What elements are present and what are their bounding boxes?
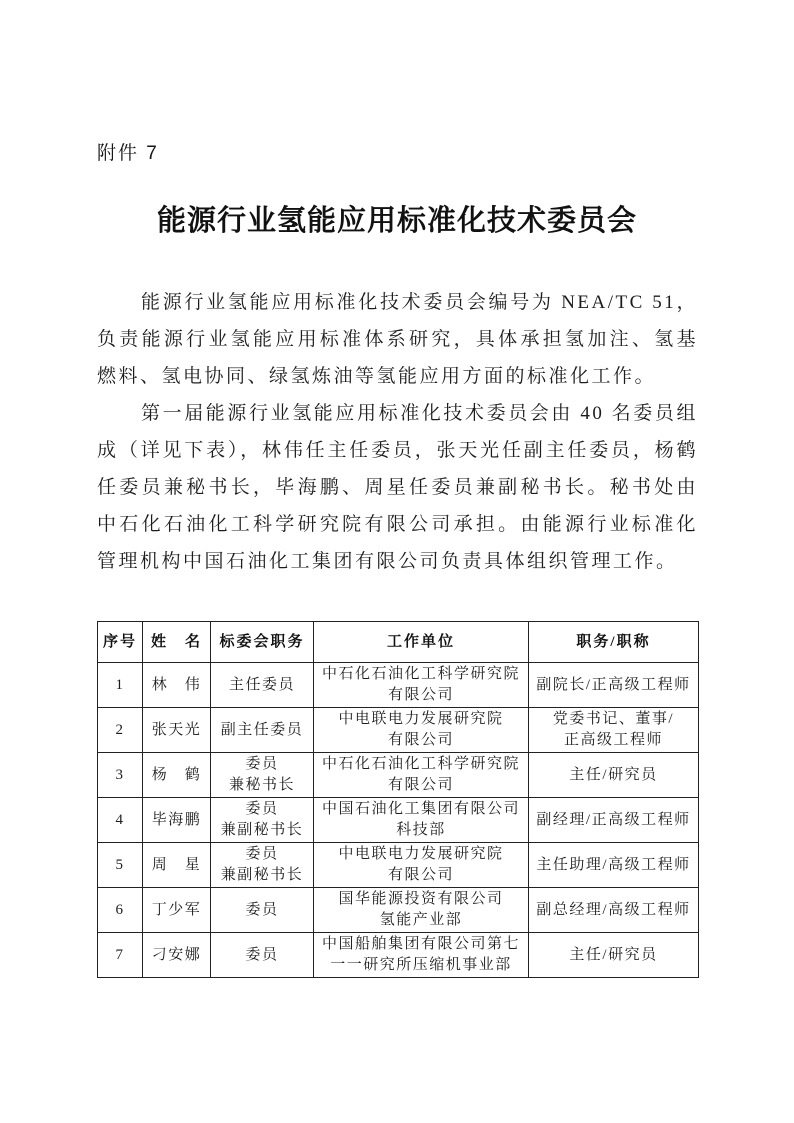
cell-name: 林 伟 xyxy=(143,663,211,708)
cell-index: 4 xyxy=(98,798,143,843)
cell-title: 副经理/正高级工程师 xyxy=(529,798,699,843)
table-row: 1 林 伟 主任委员 中石化石油化工科学研究院 有限公司 副院长/正高级工程师 xyxy=(98,663,699,708)
cell-title: 党委书记、董事/ 正高级工程师 xyxy=(529,708,699,753)
document-title: 能源行业氢能应用标准化技术委员会 xyxy=(0,198,794,239)
body-text: 能源行业氢能应用标准化技术委员会编号为 NEA/TC 51，负责能源行业氢能应用… xyxy=(97,284,698,580)
cell-org: 中石化石油化工科学研究院 有限公司 xyxy=(314,663,529,708)
table-row: 7 刁安娜 委员 中国船舶集团有限公司第七 一一研究所压缩机事业部 主任/研究员 xyxy=(98,933,699,978)
document-page: 附件 7 能源行业氢能应用标准化技术委员会 能源行业氢能应用标准化技术委员会编号… xyxy=(0,0,794,1123)
cell-role: 副主任委员 xyxy=(211,708,314,753)
cell-index: 2 xyxy=(98,708,143,753)
cell-org: 中石化石油化工科学研究院 有限公司 xyxy=(314,753,529,798)
cell-name: 杨 鹤 xyxy=(143,753,211,798)
committee-paragraph: 第一届能源行业氢能应用标准化技术委员会由 40 名委员组成（详见下表），林伟任主… xyxy=(97,395,698,580)
cell-title: 主任助理/高级工程师 xyxy=(529,843,699,888)
cell-title: 副总经理/高级工程师 xyxy=(529,888,699,933)
table-header-row: 序号 姓 名 标委会职务 工作单位 职务/职称 xyxy=(98,622,699,663)
members-table: 序号 姓 名 标委会职务 工作单位 职务/职称 1 林 伟 主任委员 中石化石油… xyxy=(97,621,699,978)
cell-title: 主任/研究员 xyxy=(529,753,699,798)
header-cell-name: 姓 名 xyxy=(143,622,211,663)
cell-org: 中国石油化工集团有限公司 科技部 xyxy=(314,798,529,843)
table-row: 6 丁少军 委员 国华能源投资有限公司 氢能产业部 副总经理/高级工程师 xyxy=(98,888,699,933)
cell-role: 委员 xyxy=(211,888,314,933)
cell-role: 委员 兼秘书长 xyxy=(211,753,314,798)
cell-org: 中电联电力发展研究院 有限公司 xyxy=(314,708,529,753)
header-cell-role: 标委会职务 xyxy=(211,622,314,663)
cell-index: 3 xyxy=(98,753,143,798)
cell-index: 1 xyxy=(98,663,143,708)
cell-index: 6 xyxy=(98,888,143,933)
cell-role: 委员 兼副秘书长 xyxy=(211,843,314,888)
table-row: 2 张天光 副主任委员 中电联电力发展研究院 有限公司 党委书记、董事/ 正高级… xyxy=(98,708,699,753)
table-row: 3 杨 鹤 委员 兼秘书长 中石化石油化工科学研究院 有限公司 主任/研究员 xyxy=(98,753,699,798)
header-cell-org: 工作单位 xyxy=(314,622,529,663)
cell-name: 毕海鹏 xyxy=(143,798,211,843)
cell-title: 主任/研究员 xyxy=(529,933,699,978)
cell-org: 中电联电力发展研究院 有限公司 xyxy=(314,843,529,888)
cell-role: 主任委员 xyxy=(211,663,314,708)
header-cell-title: 职务/职称 xyxy=(529,622,699,663)
cell-name: 张天光 xyxy=(143,708,211,753)
cell-index: 5 xyxy=(98,843,143,888)
attachment-label: 附件 7 xyxy=(97,138,159,165)
cell-role: 委员 xyxy=(211,933,314,978)
cell-name: 丁少军 xyxy=(143,888,211,933)
cell-name: 刁安娜 xyxy=(143,933,211,978)
cell-role: 委员 兼副秘书长 xyxy=(211,798,314,843)
cell-org: 国华能源投资有限公司 氢能产业部 xyxy=(314,888,529,933)
table-row: 4 毕海鹏 委员 兼副秘书长 中国石油化工集团有限公司 科技部 副经理/正高级工… xyxy=(98,798,699,843)
intro-paragraph: 能源行业氢能应用标准化技术委员会编号为 NEA/TC 51，负责能源行业氢能应用… xyxy=(97,284,698,395)
table-row: 5 周 星 委员 兼副秘书长 中电联电力发展研究院 有限公司 主任助理/高级工程… xyxy=(98,843,699,888)
cell-name: 周 星 xyxy=(143,843,211,888)
header-cell-index: 序号 xyxy=(98,622,143,663)
cell-title: 副院长/正高级工程师 xyxy=(529,663,699,708)
cell-org: 中国船舶集团有限公司第七 一一研究所压缩机事业部 xyxy=(314,933,529,978)
cell-index: 7 xyxy=(98,933,143,978)
